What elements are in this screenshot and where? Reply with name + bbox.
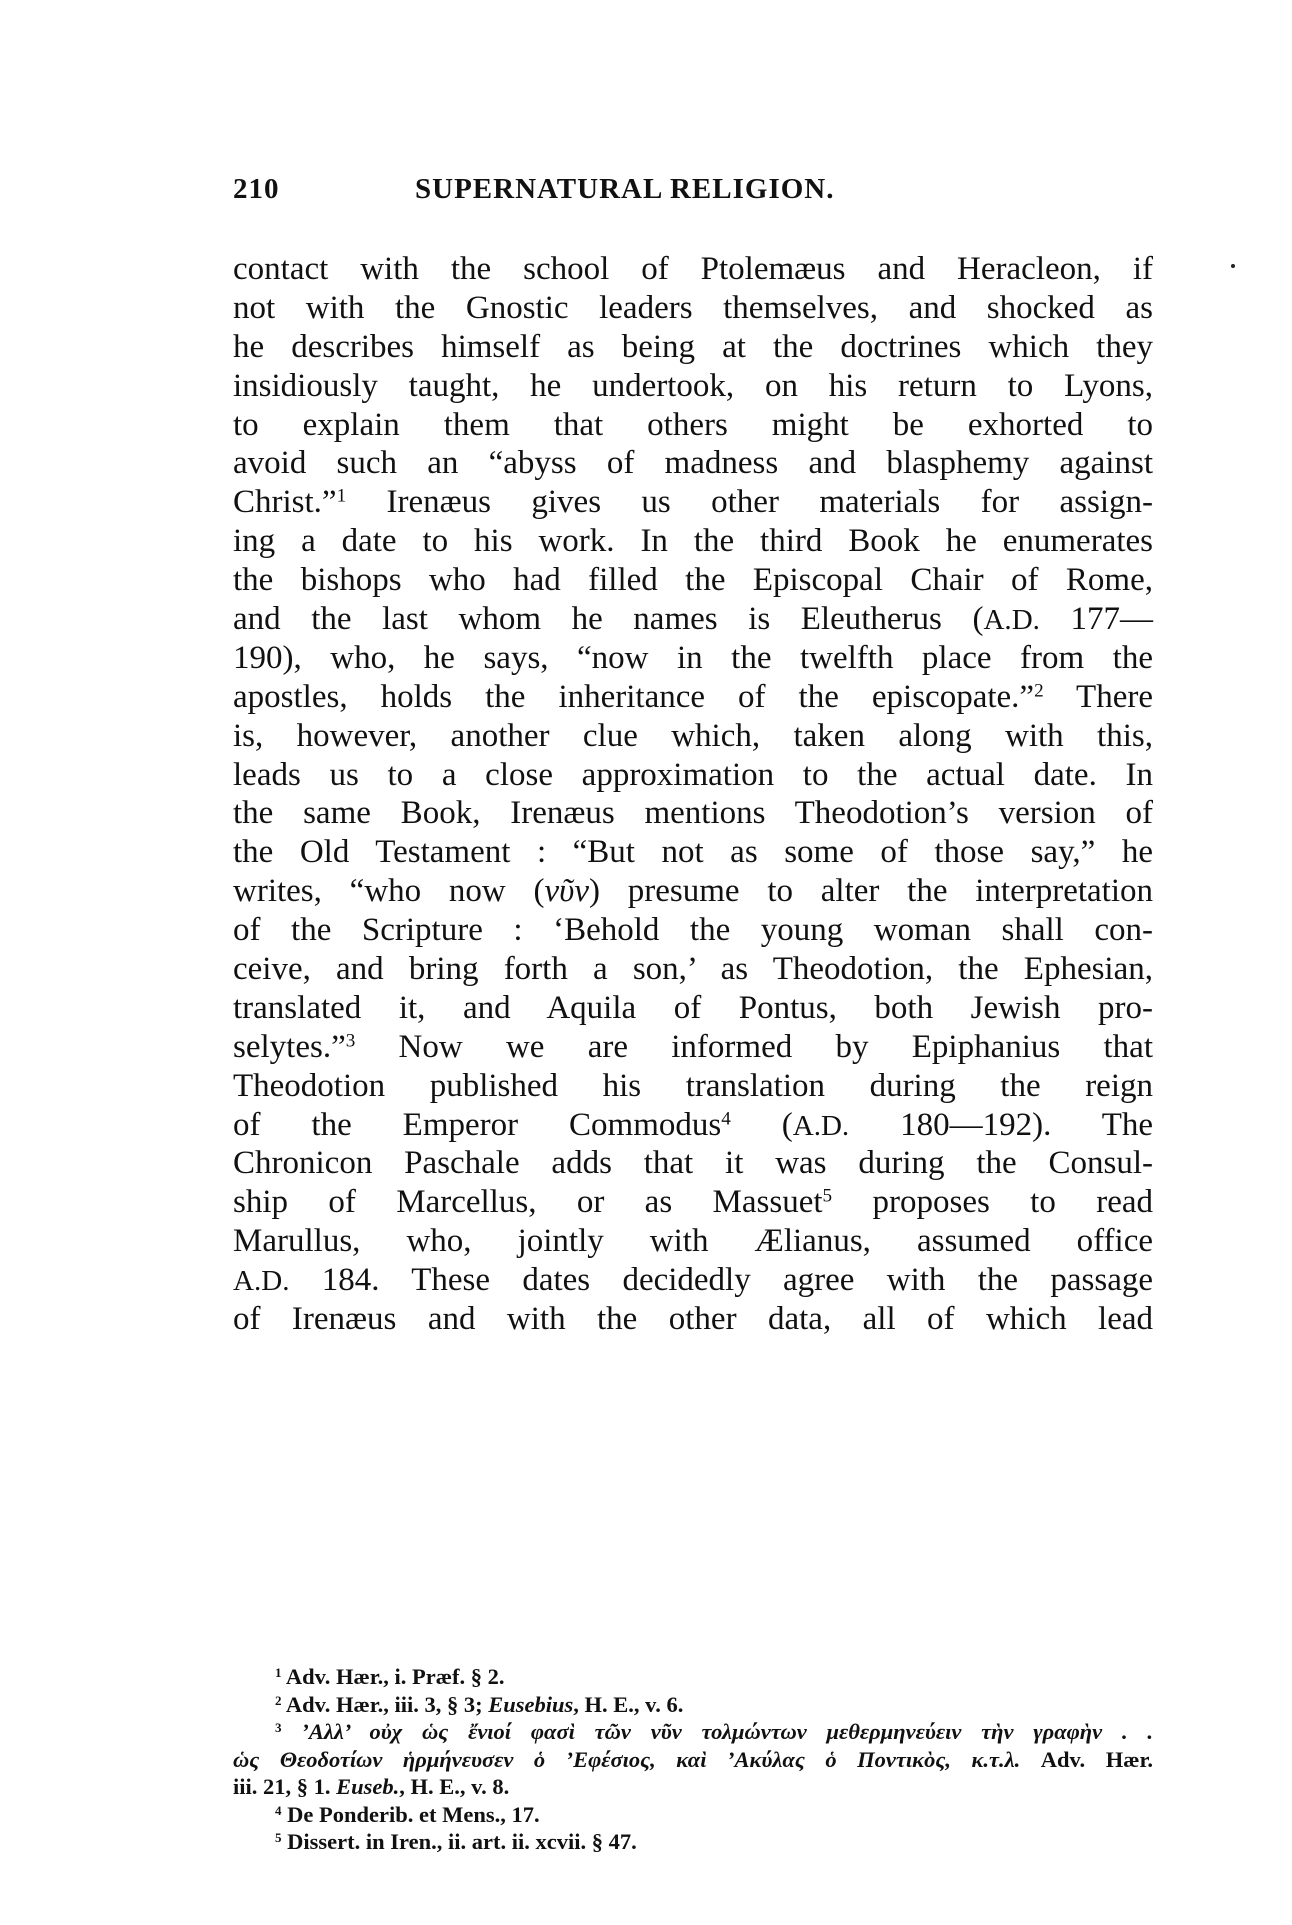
text-run: There — [1044, 679, 1153, 715]
footnote-3-continued: ὡς Θεοδοτίων ἡρμήνευσεν ὁ ’Εφέσιος, καὶ … — [233, 1746, 1153, 1774]
page-number: 210 — [233, 173, 280, 206]
text-line: translated it, and Aquila of Pontus, bot… — [233, 989, 1153, 1028]
text-run: of the Emperor Commodus — [233, 1107, 721, 1143]
text-line: contact with the school of Ptolemæus and… — [233, 250, 1153, 289]
footnote-2: 2 Adv. Hær., iii. 3, § 3; Eusebius, H. E… — [233, 1691, 1153, 1719]
text-line: insidiously taught, he undertook, on his… — [233, 367, 1153, 406]
footnote-5: 5 Dissert. in Iren., ii. art. ii. xcvii.… — [233, 1828, 1153, 1856]
footnote-ref-2[interactable]: 2 — [1034, 680, 1044, 701]
footnote-marker: 4 — [275, 1802, 282, 1817]
greek-word: νῦν — [545, 873, 589, 909]
footnote-marker: 3 — [275, 1720, 282, 1735]
text-line: the Old Testament : “But not as some of … — [233, 833, 1153, 872]
text-run: ( — [731, 1107, 793, 1143]
footnote-ref-1[interactable]: 1 — [337, 486, 347, 507]
footnote-text: Adv. Hær. — [1020, 1747, 1153, 1772]
text-line: of Irenæus and with the other data, all … — [233, 1300, 1153, 1339]
footnote-ref-5[interactable]: 5 — [823, 1186, 833, 1207]
book-page: 210 SUPERNATURAL RELIGION. contact with … — [0, 0, 1292, 1925]
text-line: and the last whom he names is Eleutherus… — [233, 600, 1153, 639]
footnote-italic: Eusebius — [488, 1692, 573, 1717]
footnote-4: 4 De Ponderib. et Mens., 17. — [233, 1801, 1153, 1829]
text-line: ceive, and bring forth a son,’ as Theodo… — [233, 950, 1153, 989]
text-line: of the Scripture : ‘Behold the young wom… — [233, 911, 1153, 950]
text-line: to explain them that others might be exh… — [233, 406, 1153, 445]
text-run: Now we are informed by Epiphanius that — [355, 1029, 1153, 1065]
text-line: selytes.”3 Now we are informed by Epipha… — [233, 1028, 1153, 1067]
text-line: of the Emperor Commodus4 (A.D. 180—192).… — [233, 1106, 1153, 1145]
footnote-text: De Ponderib. et Mens., 17. — [287, 1802, 539, 1827]
text-run: writes, “who now ( — [233, 873, 545, 909]
era-abbrev: A.D. — [233, 1265, 289, 1297]
text-line: the same Book, Irenæus mentions Theodoti… — [233, 794, 1153, 833]
text-run: Irenæus gives us other materials for ass… — [346, 484, 1153, 520]
footnote-text: Adv. Hær., iii. 3, § 3; — [286, 1692, 488, 1717]
text-run: Christ.” — [233, 484, 337, 520]
footnote-text: Adv. Hær., i. Præf. § 2. — [286, 1664, 505, 1689]
footnote-ref-4[interactable]: 4 — [721, 1108, 731, 1129]
text-line: leads us to a close approximation to the… — [233, 756, 1153, 795]
footnote-text: , H. E., v. 6. — [573, 1692, 683, 1717]
text-line: ship of Marcellus, or as Massuet5 propos… — [233, 1183, 1153, 1222]
text-line: 190), who, he says, “now in the twelfth … — [233, 639, 1153, 678]
footnote-marker: 5 — [275, 1830, 282, 1845]
footnote-text: , H. E., v. 8. — [399, 1774, 509, 1799]
footnote-text: iii. 21, § 1. — [233, 1774, 336, 1799]
running-head: 210 SUPERNATURAL RELIGION. — [233, 173, 1153, 213]
era-abbrev: A.D. — [983, 604, 1039, 636]
text-line: A.D. 184. These dates decidedly agree wi… — [233, 1261, 1153, 1300]
text-line: Chronicon Paschale adds that it was duri… — [233, 1144, 1153, 1183]
text-line: Theodotion published his translation dur… — [233, 1067, 1153, 1106]
text-run: selytes.” — [233, 1029, 346, 1065]
text-run: 184. These dates decidedly agree with th… — [289, 1262, 1153, 1298]
era-abbrev: A.D. — [793, 1110, 849, 1142]
body-text: contact with the school of Ptolemæus and… — [233, 250, 1153, 1339]
text-line: writes, “who now (νῦν) presume to alter … — [233, 872, 1153, 911]
text-line: he describes himself as being at the doc… — [233, 328, 1153, 367]
text-run: apostles, holds the inheritance of the e… — [233, 679, 1034, 715]
footnote-text: Dissert. in Iren., ii. art. ii. xcvii. §… — [287, 1829, 637, 1854]
text-run: ) presume to alter the interpretation — [589, 873, 1153, 909]
footnote-greek: ὡς Θεοδοτίων ἡρμήνευσεν ὁ ’Εφέσιος, καὶ … — [233, 1747, 1020, 1772]
text-line: Marullus, who, jointly with Ælianus, ass… — [233, 1222, 1153, 1261]
text-line: apostles, holds the inheritance of the e… — [233, 678, 1153, 717]
text-line: Christ.”1 Irenæus gives us other materia… — [233, 483, 1153, 522]
text-line: not with the Gnostic leaders themselves,… — [233, 289, 1153, 328]
footnote-ref-3[interactable]: 3 — [346, 1030, 356, 1051]
footnote-italic: Euseb. — [336, 1774, 399, 1799]
footnotes: 1 Adv. Hær., i. Præf. § 2. 2 Adv. Hær., … — [233, 1663, 1153, 1856]
text-run: 180—192). The — [849, 1107, 1153, 1143]
footnote-3-continued: iii. 21, § 1. Euseb., H. E., v. 8. — [233, 1773, 1153, 1801]
book-title: SUPERNATURAL RELIGION. — [415, 173, 834, 206]
footnote-marker: 1 — [275, 1665, 282, 1680]
margin-mark — [1231, 264, 1235, 268]
footnote-1: 1 Adv. Hær., i. Præf. § 2. — [233, 1663, 1153, 1691]
text-line: ing a date to his work. In the third Boo… — [233, 522, 1153, 561]
footnote-greek: ’Αλλ’ οὐχ ὡς ἔνιοί φασὶ τῶν νῦν τολμώντω… — [301, 1719, 1153, 1744]
text-line: is, however, another clue which, taken a… — [233, 717, 1153, 756]
footnote-marker: 2 — [275, 1692, 282, 1707]
text-run: and the last whom he names is Eleutherus… — [233, 601, 983, 637]
footnote-3: 3 ’Αλλ’ οὐχ ὡς ἔνιοί φασὶ τῶν νῦν τολμών… — [233, 1718, 1153, 1746]
text-run: 177— — [1040, 601, 1153, 637]
text-line: the bishops who had filled the Episcopal… — [233, 561, 1153, 600]
text-line: avoid such an “abyss of madness and blas… — [233, 444, 1153, 483]
text-run: proposes to read — [832, 1184, 1153, 1220]
text-run: ship of Marcellus, or as Massuet — [233, 1184, 823, 1220]
